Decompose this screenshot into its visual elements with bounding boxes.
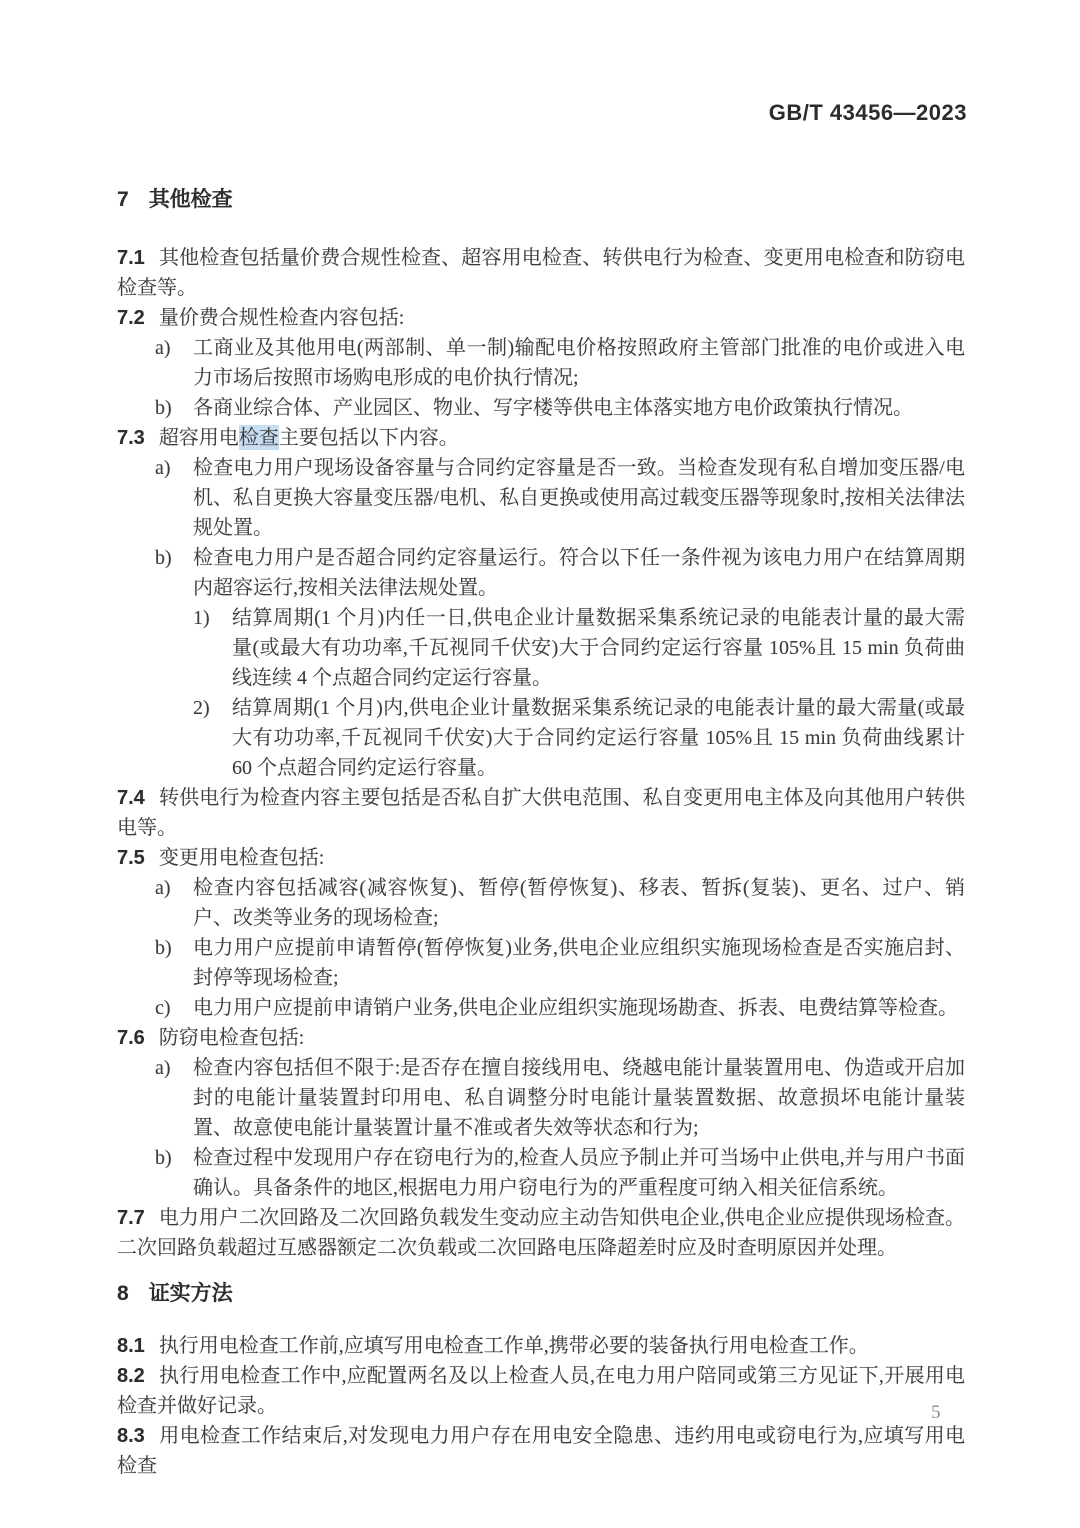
clause-7-5-number: 7.5 xyxy=(117,847,145,869)
clause-7-3: 7.3超容用电检查主要包括以下内容。 xyxy=(117,423,965,453)
clause-7-2: 7.2量价费合规性检查内容包括: xyxy=(117,303,965,333)
clause-7-5-text: 变更用电检查包括: xyxy=(159,847,325,869)
page-number: 5 xyxy=(931,1402,941,1424)
list-item-7-5-c-text: 电力用户应提前申请销户业务,供电企业应组织实施现场勘查、拆表、电费结算等检查。 xyxy=(193,993,965,1023)
section-8-number: 8 xyxy=(117,1279,129,1309)
list-item-7-2-b-text: 各商业综合体、产业园区、物业、写字楼等供电主体落实地方电价政策执行情况。 xyxy=(193,393,965,423)
clause-8-1-number: 8.1 xyxy=(117,1335,145,1357)
clause-7-4: 7.4转供电行为检查内容主要包括是否私自扩大供电范围、私自变更用电主体及向其他用… xyxy=(117,783,965,843)
list-marker-a: a) xyxy=(155,333,193,393)
clause-7-6-text: 防窃电检查包括: xyxy=(159,1027,305,1049)
section-8-heading: 8 证实方法 xyxy=(117,1279,965,1309)
clause-7-4-number: 7.4 xyxy=(117,787,145,809)
clause-7-3-text-pre: 超容用电 xyxy=(159,427,239,449)
section-8-title: 证实方法 xyxy=(149,1279,233,1309)
list-item-7-3-b-2-text: 结算周期(1 个月)内,供电企业计量数据采集系统记录的电能表计量的最大需量(或最… xyxy=(232,693,965,783)
list-item-7-6-b: b) 检查过程中发现用户存在窃电行为的,检查人员应予制止并可当场中止供电,并与用… xyxy=(117,1143,965,1203)
section-7-title: 其他检查 xyxy=(149,185,233,215)
clause-7-3-number: 7.3 xyxy=(117,427,145,449)
list-item-7-3-b-1-text: 结算周期(1 个月)内任一日,供电企业计量数据采集系统记录的电能表计量的最大需量… xyxy=(232,603,965,693)
list-marker-a: a) xyxy=(155,1053,193,1143)
clause-7-6-number: 7.6 xyxy=(117,1027,145,1049)
highlighted-text: 检查 xyxy=(239,425,279,450)
clause-7-1-text: 其他检查包括量价费合规性检查、超容用电检查、转供电行为检查、变更用电检查和防窃电… xyxy=(117,247,965,299)
list-item-7-3-a: a) 检查电力用户现场设备容量与合同约定容量是否一致。当检查发现有私自增加变压器… xyxy=(117,453,965,543)
list-marker-a: a) xyxy=(155,453,193,543)
clause-7-6: 7.6防窃电检查包括: xyxy=(117,1023,965,1053)
list-marker-1: 1) xyxy=(193,603,232,693)
clause-8-3: 8.3用电检查工作结束后,对发现电力用户存在用电安全隐患、违约用电或窃电行为,应… xyxy=(117,1421,965,1481)
list-item-7-2-a: a) 工商业及其他用电(两部制、单一制)输配电价格按照政府主管部门批准的电价或进… xyxy=(117,333,965,393)
clause-8-1-text: 执行用电检查工作前,应填写用电检查工作单,携带必要的装备执行用电检查工作。 xyxy=(159,1335,869,1357)
list-item-7-5-a: a) 检查内容包括减容(减容恢复)、暂停(暂停恢复)、移表、暂拆(复装)、更名、… xyxy=(117,873,965,933)
clause-7-5: 7.5变更用电检查包括: xyxy=(117,843,965,873)
clause-8-2-text: 执行用电检查工作中,应配置两名及以上检查人员,在电力用户陪同或第三方见证下,开展… xyxy=(117,1365,965,1417)
list-item-7-5-c: c) 电力用户应提前申请销户业务,供电企业应组织实施现场勘查、拆表、电费结算等检… xyxy=(117,993,965,1023)
clause-7-4-text: 转供电行为检查内容主要包括是否私自扩大供电范围、私自变更用电主体及向其他用户转供… xyxy=(117,787,965,839)
list-item-7-3-b: b) 检查电力用户是否超合同约定容量运行。符合以下任一条件视为该电力用户在结算周… xyxy=(117,543,965,603)
clause-7-7-text: 电力用户二次回路及二次回路负载发生变动应主动告知供电企业,供电企业应提供现场检查… xyxy=(117,1207,965,1259)
list-marker-b: b) xyxy=(155,543,193,603)
clause-7-7-number: 7.7 xyxy=(117,1207,145,1229)
list-item-7-3-b-2: 2) 结算周期(1 个月)内,供电企业计量数据采集系统记录的电能表计量的最大需量… xyxy=(117,693,965,783)
clause-8-3-number: 8.3 xyxy=(117,1425,145,1447)
list-marker-b: b) xyxy=(155,933,193,993)
list-item-7-5-b-text: 电力用户应提前申请暂停(暂停恢复)业务,供电企业应组织实施现场检查是否实施启封、… xyxy=(193,933,965,993)
clause-8-1: 8.1执行用电检查工作前,应填写用电检查工作单,携带必要的装备执行用电检查工作。 xyxy=(117,1331,965,1361)
clause-8-3-text: 用电检查工作结束后,对发现电力用户存在用电安全隐患、违约用电或窃电行为,应填写用… xyxy=(117,1425,965,1477)
section-7-heading: 7 其他检查 xyxy=(117,185,965,215)
document-body: 7 其他检查 7.1其他检查包括量价费合规性检查、超容用电检查、转供电行为检查、… xyxy=(117,185,965,1481)
list-marker-b: b) xyxy=(155,1143,193,1203)
standard-number: GB/T 43456—2023 xyxy=(769,100,967,126)
clause-7-2-text: 量价费合规性检查内容包括: xyxy=(159,307,405,329)
list-item-7-3-b-text: 检查电力用户是否超合同约定容量运行。符合以下任一条件视为该电力用户在结算周期内超… xyxy=(193,543,965,603)
list-marker-b: b) xyxy=(155,393,193,423)
list-item-7-5-a-text: 检查内容包括减容(减容恢复)、暂停(暂停恢复)、移表、暂拆(复装)、更名、过户、… xyxy=(193,873,965,933)
clause-8-2: 8.2执行用电检查工作中,应配置两名及以上检查人员,在电力用户陪同或第三方见证下… xyxy=(117,1361,965,1421)
section-7-number: 7 xyxy=(117,185,129,215)
list-marker-a: a) xyxy=(155,873,193,933)
list-item-7-2-a-text: 工商业及其他用电(两部制、单一制)输配电价格按照政府主管部门批准的电价或进入电力… xyxy=(193,333,965,393)
list-marker-2: 2) xyxy=(193,693,232,783)
list-item-7-6-b-text: 检查过程中发现用户存在窃电行为的,检查人员应予制止并可当场中止供电,并与用户书面… xyxy=(193,1143,965,1203)
list-item-7-5-b: b) 电力用户应提前申请暂停(暂停恢复)业务,供电企业应组织实施现场检查是否实施… xyxy=(117,933,965,993)
list-item-7-2-b: b) 各商业综合体、产业园区、物业、写字楼等供电主体落实地方电价政策执行情况。 xyxy=(117,393,965,423)
list-item-7-3-b-1: 1) 结算周期(1 个月)内任一日,供电企业计量数据采集系统记录的电能表计量的最… xyxy=(117,603,965,693)
clause-7-1-number: 7.1 xyxy=(117,247,145,269)
clause-8-2-number: 8.2 xyxy=(117,1365,145,1387)
list-item-7-3-a-text: 检查电力用户现场设备容量与合同约定容量是否一致。当检查发现有私自增加变压器/电机… xyxy=(193,453,965,543)
clause-7-1: 7.1其他检查包括量价费合规性检查、超容用电检查、转供电行为检查、变更用电检查和… xyxy=(117,243,965,303)
document-page: GB/T 43456—2023 7 其他检查 7.1其他检查包括量价费合规性检查… xyxy=(0,0,1080,1528)
clause-7-7: 7.7电力用户二次回路及二次回路负载发生变动应主动告知供电企业,供电企业应提供现… xyxy=(117,1203,965,1263)
list-marker-c: c) xyxy=(155,993,193,1023)
list-item-7-6-a-text: 检查内容包括但不限于:是否存在擅自接线用电、绕越电能计量装置用电、伪造或开启加封… xyxy=(193,1053,965,1143)
clause-7-2-number: 7.2 xyxy=(117,307,145,329)
list-item-7-6-a: a) 检查内容包括但不限于:是否存在擅自接线用电、绕越电能计量装置用电、伪造或开… xyxy=(117,1053,965,1143)
clause-7-3-text-post: 主要包括以下内容。 xyxy=(279,427,459,449)
